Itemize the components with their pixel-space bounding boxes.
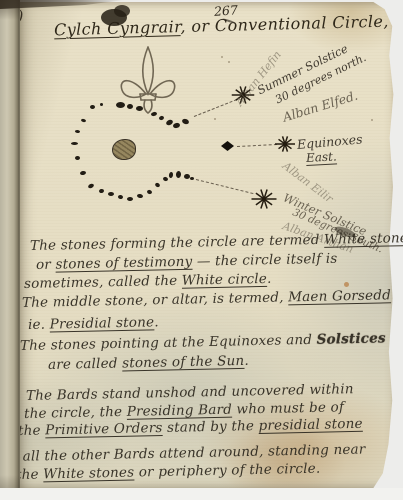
paper-speck [371,119,373,121]
book-gutter [0,0,20,500]
ink-smudge [333,224,356,239]
ink-smudge [222,18,236,24]
manuscript-scan: Alban HefinSummer Solstice30 degrees nor… [0,0,403,500]
paper-speck [344,282,349,287]
ink-blots-layer [0,0,403,500]
paper-speck [214,118,216,120]
ink-smudge [114,5,130,17]
paper-speck [221,56,223,58]
scan-background [0,488,403,500]
paper-speck [96,326,98,328]
paper-speck [228,61,230,63]
